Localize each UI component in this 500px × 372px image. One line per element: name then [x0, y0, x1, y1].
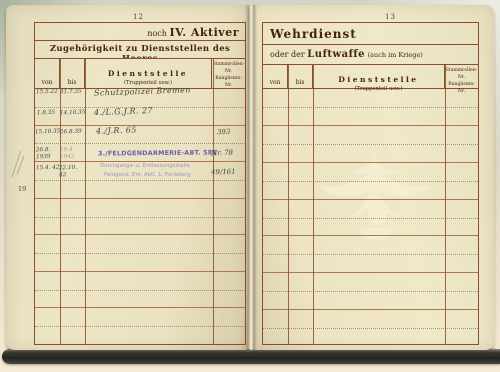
col-von: von: [35, 59, 60, 88]
entry-2-von: 1.8.35: [37, 110, 61, 117]
right-page: 13 Wehrdienst oder der Luftwaffe (auch i…: [252, 5, 494, 350]
col-bis: bis: [60, 59, 85, 88]
right-header: Wehrdienst: [263, 23, 478, 45]
entlassungsstelle-stamp-line1: Durchgangs- u. Entlassungsstelle: [100, 163, 190, 169]
entry-1-bis: 31.7.35: [60, 89, 84, 96]
book-cover-edge: [2, 349, 500, 364]
entry-2-bis: 14.10.35: [60, 110, 84, 117]
signature-mark: 19: [18, 185, 26, 193]
col-dienststelle: Dienststelle (Truppenteil usw.): [85, 59, 212, 88]
col-bis: bis: [288, 65, 313, 88]
book-gutter: [245, 5, 257, 350]
right-table: Wehrdienst oder der Luftwaffe (auch im K…: [262, 22, 479, 345]
grid-line: [445, 65, 446, 344]
entry-3-von: 15.10.35: [35, 129, 59, 136]
feldgendarmerie-stamp: 3./FELDGENDARMERIE-ABT. 581: [98, 148, 217, 157]
left-header-title: IV. Aktiver: [169, 26, 239, 39]
left-header: noch IV. Aktiver: [35, 23, 245, 41]
col-stammrollen: Stammrollen-Nr. Ranglisten-Nr.: [212, 59, 245, 88]
left-page-number: 12: [133, 13, 144, 21]
entry-3-bis: 26.8.39: [60, 129, 84, 136]
entry-3-dienststelle: 4./J.R. 65: [96, 125, 137, 136]
entry-5-von: 15.4. 42: [36, 165, 60, 172]
right-subheader: oder der Luftwaffe (auch im Kriege): [263, 45, 478, 65]
left-subheader: Zugehörigkeit zu Dienststellen des Heere…: [35, 41, 245, 59]
grid-line: [213, 59, 214, 344]
entry-5-stammrollen-nr: 49/161: [211, 168, 236, 177]
entry-3-stammrollen-nr: 393: [217, 128, 231, 137]
entry-4-bis: 19.4. 1942: [60, 147, 84, 161]
col-stammrollen: Stammrollen-Nr. Ranglisten-Nr.: [445, 65, 478, 88]
entry-5-bis: 22.10. 42: [59, 165, 83, 179]
grid-line: [60, 59, 61, 344]
entry-1-von: 15.5.22: [36, 89, 60, 96]
entry-4-von: 26.8. 1939: [36, 147, 60, 161]
left-header-prefix: noch: [147, 29, 167, 38]
right-page-number: 13: [385, 13, 396, 21]
grid-line: [288, 65, 289, 344]
grid-line: [313, 65, 314, 344]
entlassungsstelle-stamp-line2: Feldgend. Ers. Abtl. 1, Perleberg: [104, 172, 191, 178]
entry-4-stammrollen-nr: Nr. 78: [211, 149, 233, 158]
left-page: 12 19 noch IV. Aktiver Zugehörigkeit zu …: [6, 5, 248, 350]
wehrpass-photo: 12 19 noch IV. Aktiver Zugehörigkeit zu …: [0, 0, 500, 372]
margin-pen-marks: [8, 147, 30, 181]
col-dienststelle: Dienststelle (Truppenteil usw.): [313, 65, 445, 88]
col-von: von: [263, 65, 288, 88]
left-table: noch IV. Aktiver Zugehörigkeit zu Dienst…: [34, 22, 246, 345]
grid-line: [85, 59, 86, 344]
